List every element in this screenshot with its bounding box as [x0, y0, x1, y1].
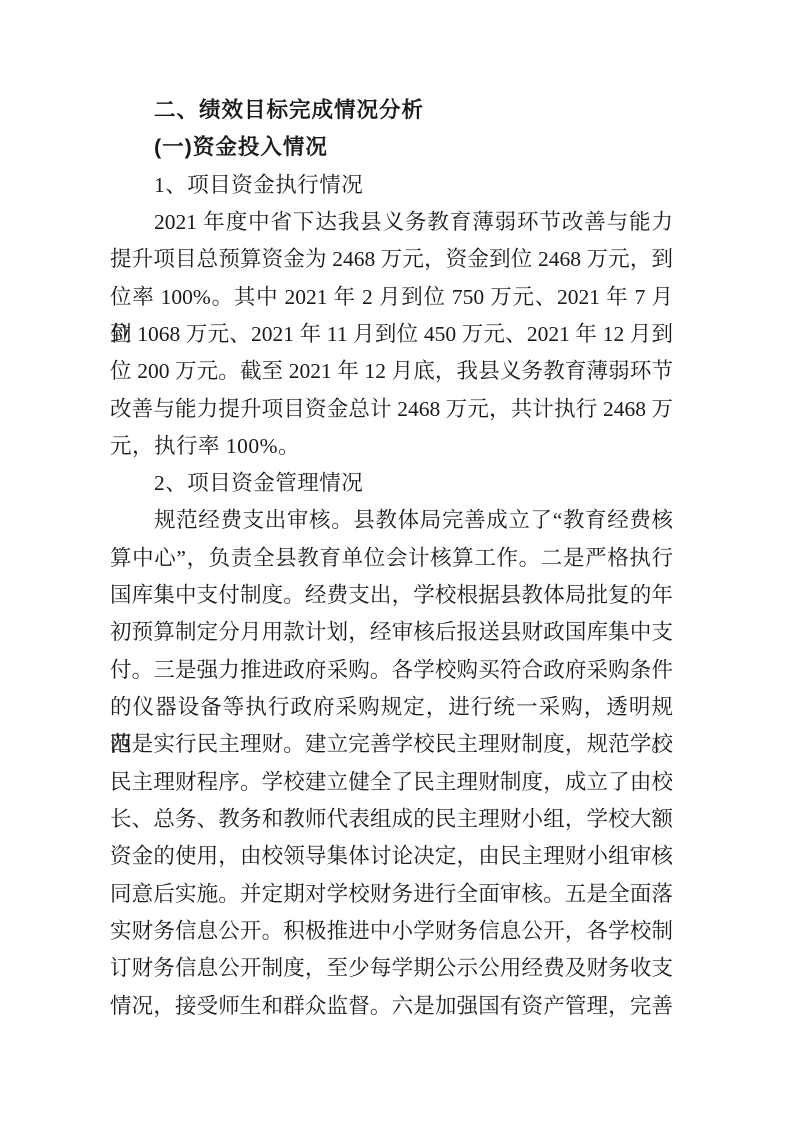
paragraph2-line: 的仪器设备等执行政府采购规定，进行统一采购，透明规范。	[110, 689, 673, 726]
text-block: 二、绩效目标完成情况分析 (一)资金投入情况 1、项目资金执行情况 2021 年…	[110, 92, 673, 1025]
paragraph2-line: 国库集中支付制度。经费支出，学校根据县教体局批复的年	[110, 577, 673, 614]
item1-heading: 1、项目资金执行情况	[110, 167, 673, 204]
item2-heading: 2、项目资金管理情况	[110, 465, 673, 502]
section-heading: 二、绩效目标完成情况分析	[110, 92, 673, 129]
paragraph1-line: 改善与能力提升项目资金总计 2468 万元，共计执行 2468 万	[110, 391, 673, 428]
paragraph1-line: 位率 100%。其中 2021 年 2 月到位 750 万元、2021 年 7 …	[110, 279, 673, 316]
paragraph2-line: 四是实行民主理财。建立完善学校民主理财制度，规范学校	[110, 726, 673, 763]
paragraph2-line: 初预算制定分月用款计划，经审核后报送县财政国库集中支	[110, 614, 673, 651]
paragraph2-line: 付。三是强力推进政府采购。各学校购买符合政府采购条件	[110, 652, 673, 689]
paragraph2-line: 实财务信息公开。积极推进中小学财务信息公开，各学校制	[110, 913, 673, 950]
paragraph2-line: 资金的使用，由校领导集体讨论决定，由民主理财小组审核	[110, 838, 673, 875]
paragraph1-line: 2021 年度中省下达我县义务教育薄弱环节改善与能力	[110, 204, 673, 241]
paragraph2-line: 订财务信息公开制度，至少每学期公示公用经费及财务收支	[110, 950, 673, 987]
paragraph2-line: 算中心”，负责全县教育单位会计核算工作。二是严格执行	[110, 540, 673, 577]
paragraph2-line: 长、总务、教务和教师代表组成的民主理财小组，学校大额	[110, 801, 673, 838]
paragraph2-line: 规范经费支出审核。县教体局完善成立了“教育经费核	[110, 502, 673, 539]
paragraph2-line: 情况，接受师生和群众监督。六是加强国有资产管理，完善	[110, 988, 673, 1025]
document-page: 二、绩效目标完成情况分析 (一)资金投入情况 1、项目资金执行情况 2021 年…	[0, 0, 793, 1122]
paragraph1-line: 位 1068 万元、2021 年 11 月到位 450 万元、2021 年 12…	[110, 316, 673, 353]
paragraph1-line: 元，执行率 100%。	[110, 428, 673, 465]
paragraph1-line: 提升项目总预算资金为 2468 万元，资金到位 2468 万元，到	[110, 241, 673, 278]
subsection-heading: (一)资金投入情况	[110, 129, 673, 166]
paragraph2-line: 民主理财程序。学校建立健全了民主理财制度，成立了由校	[110, 764, 673, 801]
paragraph2-line: 同意后实施。并定期对学校财务进行全面审核。五是全面落	[110, 876, 673, 913]
paragraph1-line: 位 200 万元。截至 2021 年 12 月底，我县义务教育薄弱环节	[110, 353, 673, 390]
